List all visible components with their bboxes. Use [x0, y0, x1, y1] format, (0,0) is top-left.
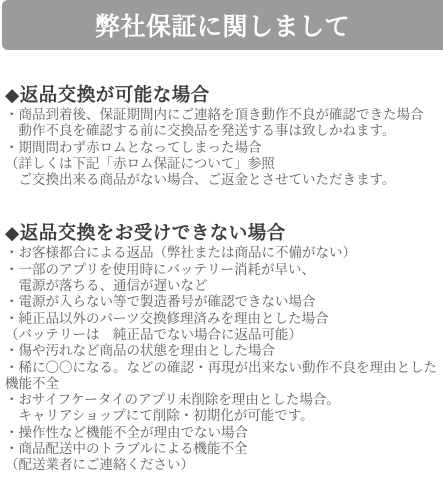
text-line: 電源が落ちる、通信が遅いなど	[5, 278, 439, 294]
text-line: キャリアショップにて削除・初期化が可能です。	[5, 408, 439, 424]
text-line: ・電源が入らない等で製造番号が確認できない場合	[5, 294, 439, 310]
text-line: ・お客様都合による返品（弊社または商品に不備がない）	[5, 245, 439, 261]
section-exchange-not-accepted: ◆返品交換をお受けできない場合 ・お客様都合による返品（弊社または商品に不備がな…	[5, 223, 439, 473]
text-line: 動作不良を確認する前に交換品を発送する事は致しかねます。	[5, 123, 439, 139]
text-line: ・商品到着後、保証期間内にご連絡を頂き動作不良が確認できた場合	[5, 107, 439, 123]
text-line: ・おサイフケータイのアプリ未削除を理由とした場合。	[5, 392, 439, 408]
section-lines-exchange-possible: ・商品到着後、保証期間内にご連絡を頂き動作不良が確認できた場合 動作不良を確認す…	[5, 107, 439, 188]
section-lines-exchange-not-accepted: ・お客様都合による返品（弊社または商品に不備がない）・一部のアプリを使用時にバッ…	[5, 245, 439, 473]
text-line: ご交換出来る商品がない場合、ご返金とさせていただきます。	[5, 172, 439, 188]
section-exchange-possible: ◆返品交換が可能な場合 ・商品到着後、保証期間内にご連絡を頂き動作不良が確認でき…	[5, 85, 439, 188]
text-line: ・一部のアプリを使用時にバッテリー消耗が早い、	[5, 262, 439, 278]
text-line: （配送業者にご連絡ください）	[5, 457, 439, 473]
text-line: （バッテリーは 純正品でない場合に返品可能）	[5, 327, 439, 343]
section-heading-exchange-possible: ◆返品交換が可能な場合	[5, 85, 439, 105]
text-line: 機能不全	[5, 376, 439, 392]
text-line: （詳しくは下記「赤ロム保証について」参照	[5, 156, 439, 172]
notice-content: ◆返品交換が可能な場合 ・商品到着後、保証期間内にご連絡を頂き動作不良が確認でき…	[0, 85, 443, 474]
section-heading-exchange-not-accepted: ◆返品交換をお受けできない場合	[5, 223, 439, 243]
text-line: ・商品配送中のトラブルによる機能不全	[5, 441, 439, 457]
text-line: ・傷や汚れなど商品の状態を理由とした場合	[5, 343, 439, 359]
text-line: ・操作性など機能不全が理由でない場合	[5, 425, 439, 441]
warranty-notice-page: 弊社保証に関しまして ◆返品交換が可能な場合 ・商品到着後、保証期間内にご連絡を…	[0, 0, 443, 498]
text-line: ・稀に〇〇になる。などの確認・再現が出来ない動作不良を理由とした	[5, 360, 439, 376]
page-title: 弊社保証に関しまして	[2, 0, 443, 50]
text-line: ・純正品以外のパーツ交換修理済みを理由とした場合	[5, 311, 439, 327]
text-line: ・期間問わず赤ロムとなってしまった場合	[5, 140, 439, 156]
